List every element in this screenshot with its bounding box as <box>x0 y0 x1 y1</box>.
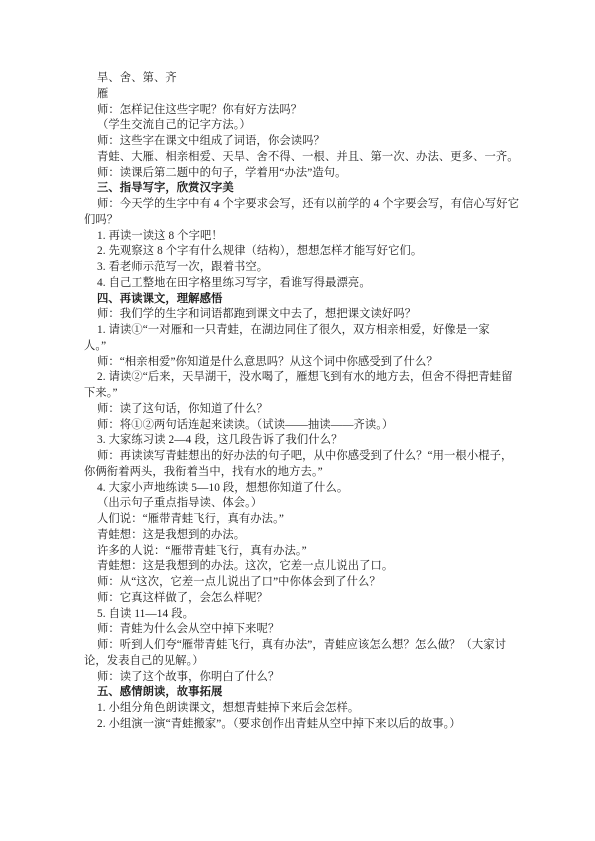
text-line: 师：读了这句话，你知道了什么？ <box>84 402 517 418</box>
section-heading: 五、感情朗读，故事拓展 <box>84 685 517 701</box>
text-line: （学生交流自己的记字方法。） <box>84 118 517 134</box>
text-line: 1. 小组分角色朗读课文，想想青蛙掉下来后会怎样。 <box>84 701 517 717</box>
text-line: 们吗？ <box>84 213 517 229</box>
text-line: 人。” <box>84 339 517 355</box>
text-line: 下来。” <box>84 386 517 402</box>
text-line: 1. 再读一读这 8 个字吧！ <box>84 229 517 245</box>
text-line: 许多的人说：“雁带青蛙飞行，真有办法。” <box>84 544 517 560</box>
document-page: 旱、舍、第、齐雁师：怎样记住这些字呢？你有好方法吗？（学生交流自己的记字方法。）… <box>0 0 595 841</box>
text-line: 师：“相亲相爱”你知道是什么意思吗？从这个词中你感受到了什么？ <box>84 355 517 371</box>
text-line: 师：青蛙为什么会从空中掉下来呢？ <box>84 622 517 638</box>
text-line: 1. 请读①“一对雁和一只青蛙，在湖边同住了很久，双方相亲相爱，好像是一家 <box>84 323 517 339</box>
text-line: 3. 看老师示范写一次，跟着书空。 <box>84 260 517 276</box>
text-line: 师：这些字在课文中组成了词语，你会读吗？ <box>84 134 517 150</box>
text-line: 青蛙、大雁、相亲相爱、天旱、舍不得、一根、并且、第一次、办法、更多、一齐。 <box>84 150 517 166</box>
text-line: 师：我们学的生字和词语都跑到课文中去了，想把课文读好吗？ <box>84 307 517 323</box>
text-line: 人们说：“雁带青蛙飞行，真有办法。” <box>84 512 517 528</box>
section-heading: 三、指导写字，欣赏汉字美 <box>84 181 517 197</box>
text-line: 师：它真这样做了，会怎么样呢？ <box>84 591 517 607</box>
text-line: 3. 大家练习读 2—4 段，这几段告诉了我们什么？ <box>84 433 517 449</box>
text-line: 师：怎样记住这些字呢？你有好方法吗？ <box>84 103 517 119</box>
text-line: 4. 自己工整地在田字格里练习写字，看谁写得最漂亮。 <box>84 276 517 292</box>
text-line: 雁 <box>84 87 517 103</box>
text-line: 青蛙想：这是我想到的办法。 <box>84 528 517 544</box>
text-line: 2. 先观察这 8 个字有什么规律（结构），想想怎样才能写好它们。 <box>84 244 517 260</box>
text-line: 旱、舍、第、齐 <box>84 71 517 87</box>
text-line: 师：从“这次，它差一点儿说出了口”中你体会到了什么？ <box>84 575 517 591</box>
text-line: 2. 请读②“后来，天旱湖干，没水喝了，雁想飞到有水的地方去，但舍不得把青蛙留 <box>84 370 517 386</box>
text-line: 师：今天学的生字中有 4 个字要求会写，还有以前学的 4 个字要会写，有信心写好… <box>84 197 517 213</box>
text-line: 师：听到人们夸“雁带青蛙飞行，真有办法”，青蛙应该怎么想？怎么做？（大家讨 <box>84 638 517 654</box>
text-line: 师：读了这个故事，你明白了什么？ <box>84 670 517 686</box>
document-body: 旱、舍、第、齐雁师：怎样记住这些字呢？你有好方法吗？（学生交流自己的记字方法。）… <box>84 71 517 733</box>
text-line: 4. 大家小声地练读 5—10 段，想想你知道了什么。 <box>84 481 517 497</box>
text-line: 2. 小组演一演“青蛙搬家”。（要求创作出青蛙从空中掉下来以后的故事。） <box>84 717 517 733</box>
section-heading: 四、再读课文，理解感悟 <box>84 292 517 308</box>
text-line: 师：读课后第二题中的句子，学着用“办法”造句。 <box>84 166 517 182</box>
text-line: 你俩衔着两头，我衔着当中，找有水的地方去。” <box>84 465 517 481</box>
text-line: 师：再读读写青蛙想出的好办法的句子吧，从中你感受到了什么？“用一根小棍子， <box>84 449 517 465</box>
text-line: 师：将①②两句话连起来读读。（试读——抽读——齐读。） <box>84 418 517 434</box>
text-line: 5. 自读 11—14 段。 <box>84 607 517 623</box>
text-line: 论，发表自己的见解。） <box>84 654 517 670</box>
text-line: （出示句子重点指导读、体会。） <box>84 496 517 512</box>
text-line: 青蛙想：这是我想到的办法。这次，它差一点儿说出了口。 <box>84 559 517 575</box>
